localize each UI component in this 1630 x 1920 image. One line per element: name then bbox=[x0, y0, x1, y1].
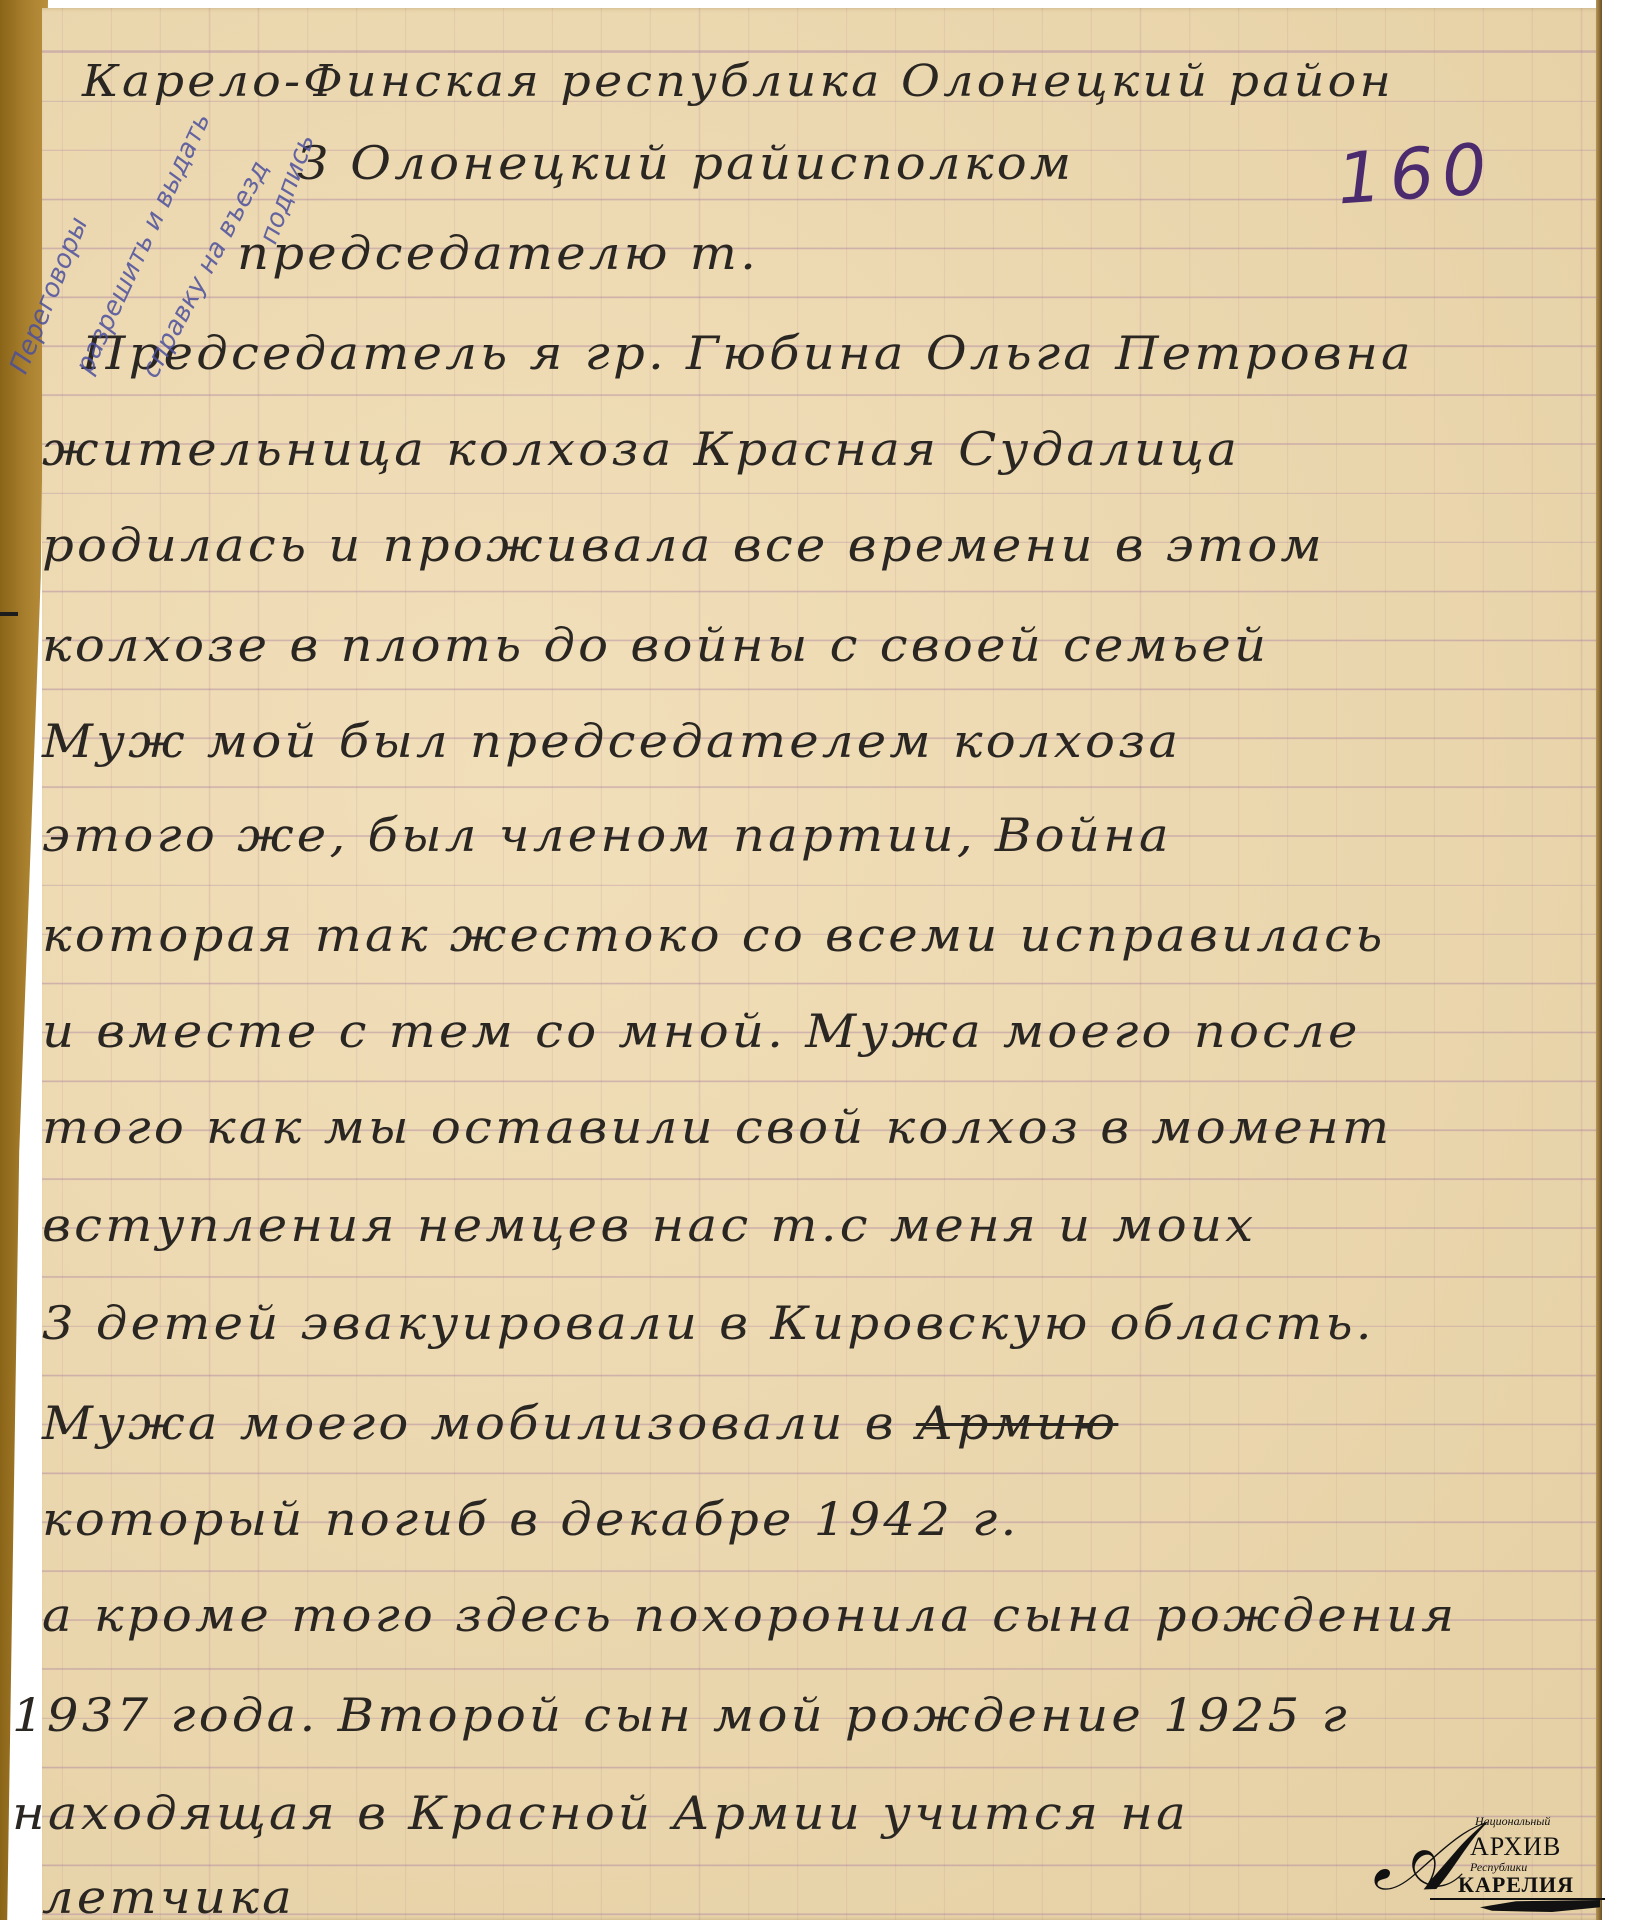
struck-word: Армию bbox=[916, 1396, 1119, 1450]
header-line-3: председателю т. bbox=[237, 226, 759, 280]
header-line-2: З Олонецкий райисполком bbox=[297, 136, 1074, 190]
paper-edge bbox=[1596, 0, 1602, 1920]
header-line-1: Карело-Финская республика Олонецкий райо… bbox=[82, 56, 1394, 107]
body-line-11: 3 детей эвакуировали в Кировскую область… bbox=[42, 1296, 1375, 1350]
body-line-6: этого же, был членом партии, Война bbox=[42, 808, 1172, 862]
watermark-top-text: Национальный bbox=[1475, 1814, 1550, 1829]
page-number: 160 bbox=[1334, 128, 1497, 221]
body-line-12: Мужа моего мобилизовали в Армию bbox=[42, 1396, 1118, 1450]
body-line-12-text: Мужа моего мобилизовали в bbox=[42, 1396, 897, 1450]
body-line-8: и вместе с тем со мной. Мужа моего после bbox=[42, 1004, 1361, 1058]
body-line-9: того как мы оставили свой колхоз в момен… bbox=[42, 1100, 1392, 1154]
document-page: Карело-Финская республика Олонецкий райо… bbox=[42, 8, 1602, 1920]
watermark-karelia-text: КАРЕЛИЯ bbox=[1458, 1872, 1574, 1898]
binding-mark bbox=[0, 612, 18, 616]
watermark-monogram: 𝒜 bbox=[1372, 1808, 1463, 1904]
watermark-rule bbox=[1430, 1898, 1605, 1900]
watermark-archive-text: АРХИВ bbox=[1470, 1832, 1561, 1862]
body-line-13: который погиб в декабре 1942 г. bbox=[42, 1492, 1020, 1546]
body-line-14: а кроме того здесь похоронила сына рожде… bbox=[42, 1588, 1457, 1642]
body-line-17: летчика bbox=[42, 1870, 295, 1920]
body-line-2: жительница колхоза Красная Судалица bbox=[42, 422, 1240, 476]
body-line-10: вступления немцев нас т.с меня и моих bbox=[42, 1198, 1256, 1252]
body-line-5: Муж мой был председателем колхоза bbox=[42, 714, 1181, 768]
body-line-16: находящая в Красной Армии учится на bbox=[12, 1786, 1189, 1840]
body-line-3: родилась и проживала все времени в этом bbox=[42, 518, 1325, 572]
body-line-4: колхозе в плоть до войны с своей семьей bbox=[42, 618, 1269, 672]
body-line-1: Председатель я гр. Гюбина Ольга Петровна bbox=[82, 326, 1414, 380]
archive-watermark-logo: 𝒜 Национальный АРХИВ Республики КАРЕЛИЯ bbox=[1370, 1800, 1610, 1910]
body-line-7: которая так жестоко со всеми исправилась bbox=[42, 908, 1385, 962]
body-line-15: 1937 года. Второй сын мой рождение 1925 … bbox=[12, 1688, 1350, 1742]
